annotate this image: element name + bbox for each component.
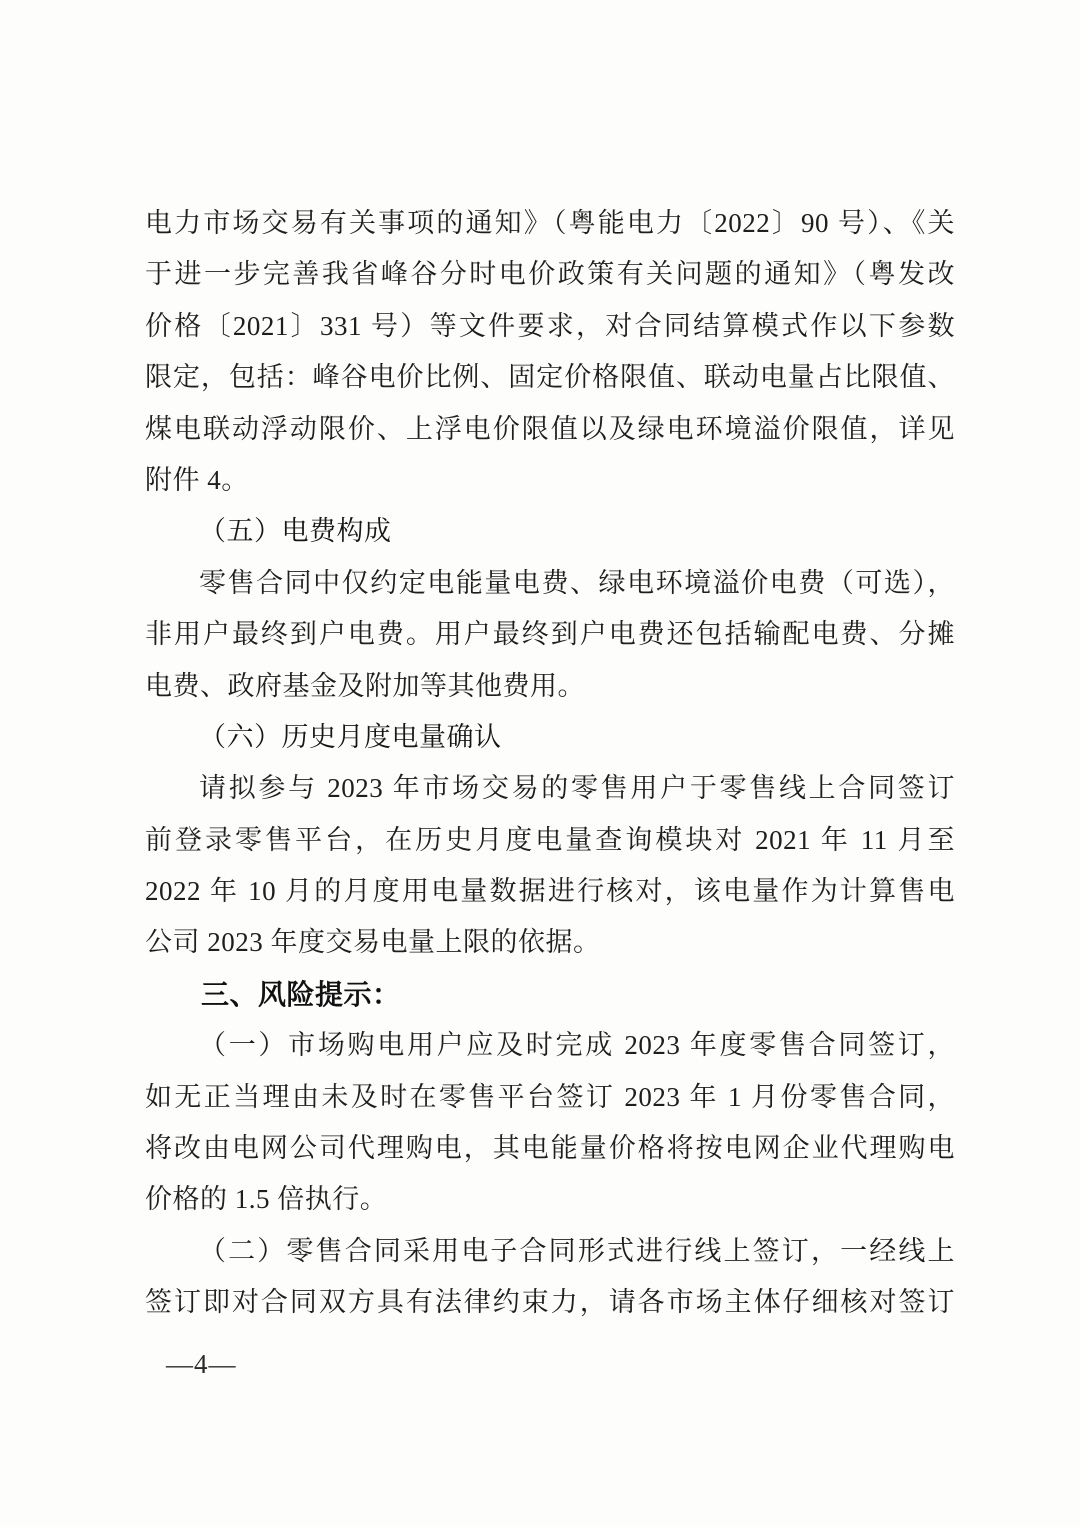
text-line: 公司 2023 年度交易电量上限的依据。	[145, 917, 955, 968]
text-line: 电费、政府基金及附加等其他费用。	[145, 661, 955, 712]
heading-line: 三、风险提示：	[145, 969, 955, 1020]
text-line: 签订即对合同双方具有法律约束力，请各市场主体仔细核对签订	[145, 1277, 955, 1328]
text-line: 电力市场交易有关事项的通知》（粤能电力〔2022〕90 号）、《关	[145, 198, 955, 249]
text-line: 限定，包括：峰谷电价比例、固定价格限值、联动电量占比限值、	[145, 352, 955, 403]
text-line: 于进一步完善我省峰谷分时电价政策有关问题的通知》（粤发改	[145, 249, 955, 300]
text-line: 请拟参与 2023 年市场交易的零售用户于零售线上合同签订	[145, 763, 955, 814]
text-line: 煤电联动浮动限价、上浮电价限值以及绿电环境溢价限值，详见	[145, 404, 955, 455]
page-number: —4—	[166, 1344, 237, 1384]
text-line: 如无正当理由未及时在零售平台签订 2023 年 1 月份零售合同，	[145, 1072, 955, 1123]
text-line: （二）零售合同采用电子合同形式进行线上签订，一经线上	[145, 1226, 955, 1277]
text-line: 价格的 1.5 倍执行。	[145, 1174, 955, 1225]
text-line: 非用户最终到户电费。用户最终到户电费还包括输配电费、分摊	[145, 609, 955, 660]
document-page: 电力市场交易有关事项的通知》（粤能电力〔2022〕90 号）、《关于进一步完善我…	[0, 0, 1080, 1527]
text-line: 零售合同中仅约定电能量电费、绿电环境溢价电费（可选），	[145, 558, 955, 609]
text-line: （一）市场购电用户应及时完成 2023 年度零售合同签订，	[145, 1020, 955, 1071]
text-line: 价格〔2021〕331 号）等文件要求，对合同结算模式作以下参数	[145, 301, 955, 352]
text-line: 附件 4。	[145, 455, 955, 506]
document-body: 电力市场交易有关事项的通知》（粤能电力〔2022〕90 号）、《关于进一步完善我…	[145, 198, 955, 1329]
heading-line: （六）历史月度电量确认	[145, 712, 955, 763]
text-line: 2022 年 10 月的月度用电量数据进行核对，该电量作为计算售电	[145, 866, 955, 917]
text-line: 前登录零售平台，在历史月度电量查询模块对 2021 年 11 月至	[145, 815, 955, 866]
text-line: 将改由电网公司代理购电，其电能量价格将按电网企业代理购电	[145, 1123, 955, 1174]
heading-line: （五）电费构成	[145, 506, 955, 557]
